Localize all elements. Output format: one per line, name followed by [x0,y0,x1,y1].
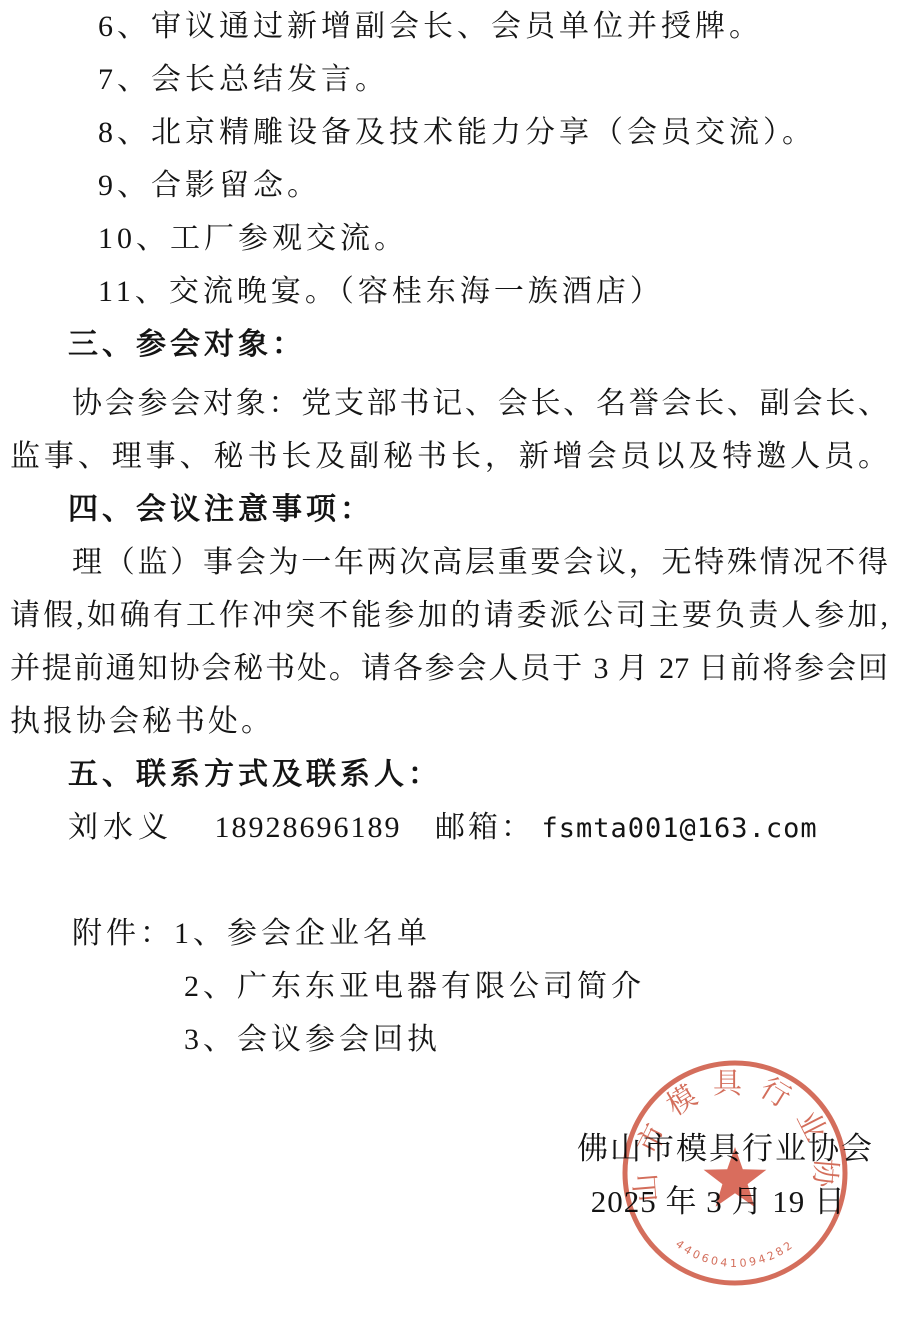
contact-email: fsmta001@163.com [542,813,818,844]
agenda-item-9: 9、合影留念。 [10,159,888,212]
document-page: 6、审议通过新增副会长、会员单位并授牌。 7、会长总结发言。 8、北京精雕设备及… [0,0,900,1323]
contact-phone: 18928696189 [215,811,402,844]
attachment-item-1: 1、参会企业名单 [174,917,431,950]
section-heading-participants: 三、参会对象： [10,318,888,371]
notes-line-1: 理（监）事会为一年两次高层重要会议，无特殊情况不得 [10,536,888,589]
contact-line: 刘水义 18928696189 邮箱： fsmta001@163.com [10,801,888,855]
signature-date: 2025 年 3 月 19 日 [10,1175,888,1228]
notes-line-3: 并提前通知协会秘书处。请各参会人员于 3 月 27 日前将参会回 [10,642,888,695]
agenda-item-11: 11、交流晚宴。（容桂东海一族酒店） [10,265,888,318]
contact-email-label: 邮箱： [435,811,534,844]
notes-line-2: 请假,如确有工作冲突不能参加的请委派公司主要负责人参加, [10,589,888,642]
attachments-label: 附件： [72,917,174,950]
agenda-item-6: 6、审议通过新增副会长、会员单位并授牌。 [10,0,888,53]
seal-serial-number: 4406041094282 [673,1237,797,1270]
agenda-item-7: 7、会长总结发言。 [10,53,888,106]
agenda-item-10: 10、工厂参观交流。 [10,212,888,265]
attachment-item-3: 3、会议参会回执 [10,1013,888,1066]
notes-line-4: 执报协会秘书处。 [10,695,888,748]
contact-name: 刘水义 [68,811,173,844]
section-heading-notes: 四、会议注意事项： [10,483,888,536]
document-content: 6、审议通过新增副会长、会员单位并授牌。 7、会长总结发言。 8、北京精雕设备及… [10,0,888,1228]
section-heading-contact: 五、联系方式及联系人： [10,748,888,801]
participants-line-1: 协会参会对象：党支部书记、会长、名誉会长、副会长、 [10,377,888,430]
agenda-item-8: 8、北京精雕设备及技术能力分享（会员交流）。 [10,106,888,159]
attachments-line-1: 附件：1、参会企业名单 [10,907,888,960]
svg-text:4406041094282: 4406041094282 [673,1237,797,1270]
participants-line-2: 监事、理事、秘书长及副秘书长，新增会员以及特邀人员。 [10,430,888,483]
attachment-item-2: 2、广东东亚电器有限公司简介 [10,960,888,1013]
signature-organization: 佛山市模具行业协会 [10,1122,888,1175]
